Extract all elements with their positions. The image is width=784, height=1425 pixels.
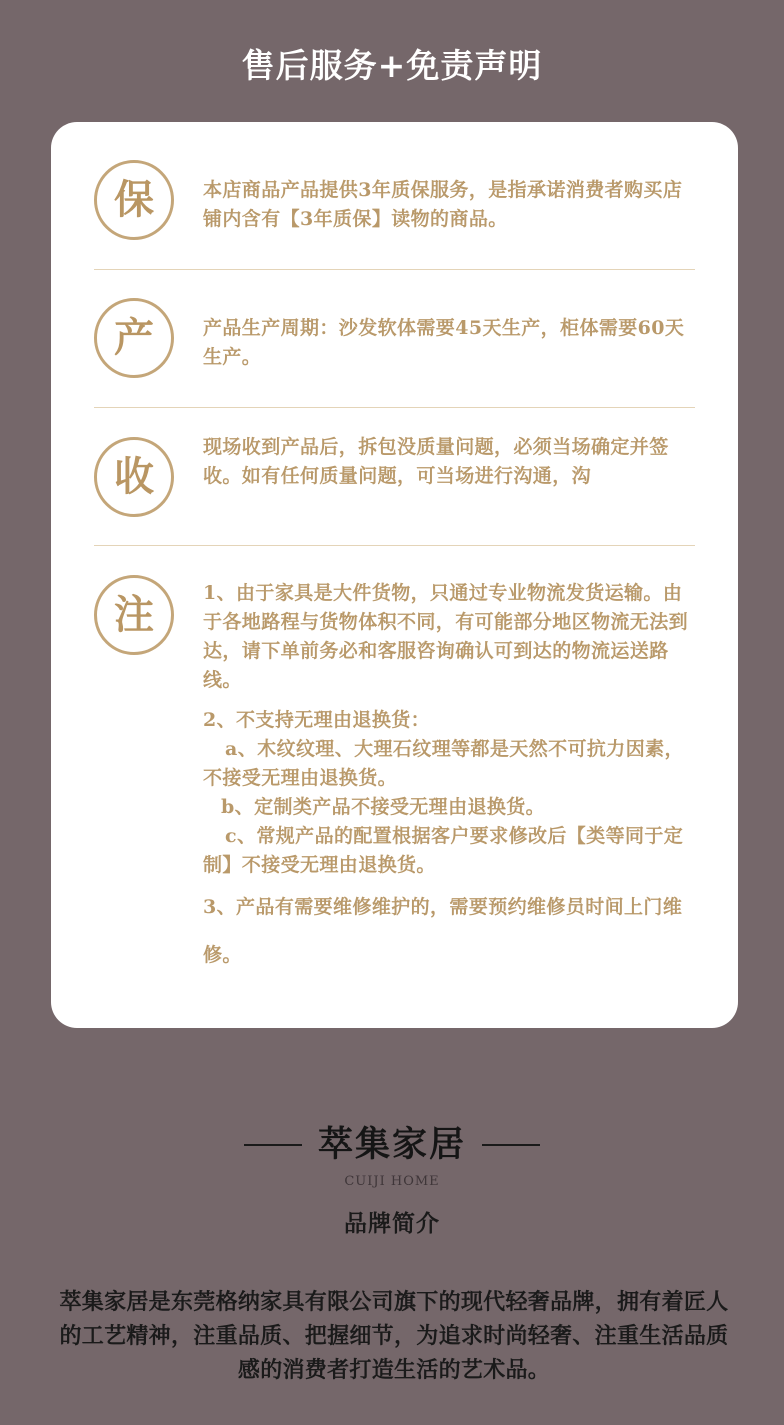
- notes-text: 1、由于家具是大件货物，只通过专业物流发货运输。由于各地路程与货物体积不同，有可…: [203, 579, 695, 979]
- brand-description: 萃集家居是东莞格纳家具有限公司旗下的现代轻奢品牌，拥有着匠人的工艺精神，注重品质…: [56, 1285, 732, 1387]
- brand-subtitle: 品牌简介: [0, 1205, 784, 1238]
- note-item-1: 1、由于家具是大件货物，只通过专业物流发货运输。由于各地路程与货物体积不同，有可…: [203, 579, 695, 695]
- warranty-badge-icon: 保: [94, 160, 174, 240]
- divider: [94, 545, 695, 546]
- brand-name-en: CUIJI HOME: [0, 1174, 784, 1189]
- decorative-line: [482, 1144, 540, 1146]
- page-title: 售后服务+免责声明: [0, 44, 784, 88]
- receipt-text: 现场收到产品后，拆包没质量问题，必须当场确定并签收。如有任何质量问题，可当场进行…: [203, 433, 695, 491]
- production-badge-icon: 产: [94, 298, 174, 378]
- note-item-2a: a、木纹纹理、大理石纹理等都是天然不可抗力因素，不接受无理由退换货。: [203, 735, 695, 793]
- production-text: 产品生产周期：沙发软体需要45天生产，柜体需要60天生产。: [203, 314, 695, 372]
- note-item-2c: c、常规产品的配置根据客户要求修改后【类等同于定制】不接受无理由退换货。: [203, 822, 695, 880]
- note-item-3: 3、产品有需要维修维护的，需要预约维修员时间上门维修。: [203, 883, 695, 979]
- after-sales-card: 保 本店商品产品提供3年质保服务，是指承诺消费者购买店铺内含有【3年质保】读物的…: [51, 122, 738, 1028]
- note-item-2b: b、定制类产品不接受无理由退换货。: [203, 793, 695, 822]
- divider: [94, 269, 695, 270]
- divider: [94, 407, 695, 408]
- note-item-2-title: 2、不支持无理由退换货：: [203, 706, 695, 735]
- brand-name: 萃集家居: [318, 1122, 466, 1168]
- warranty-text: 本店商品产品提供3年质保服务，是指承诺消费者购买店铺内含有【3年质保】读物的商品…: [203, 176, 695, 234]
- brand-section: 萃集家居 CUIJI HOME 品牌简介: [0, 1122, 784, 1238]
- receipt-badge-icon: 收: [94, 437, 174, 517]
- decorative-line: [244, 1144, 302, 1146]
- notes-badge-icon: 注: [94, 575, 174, 655]
